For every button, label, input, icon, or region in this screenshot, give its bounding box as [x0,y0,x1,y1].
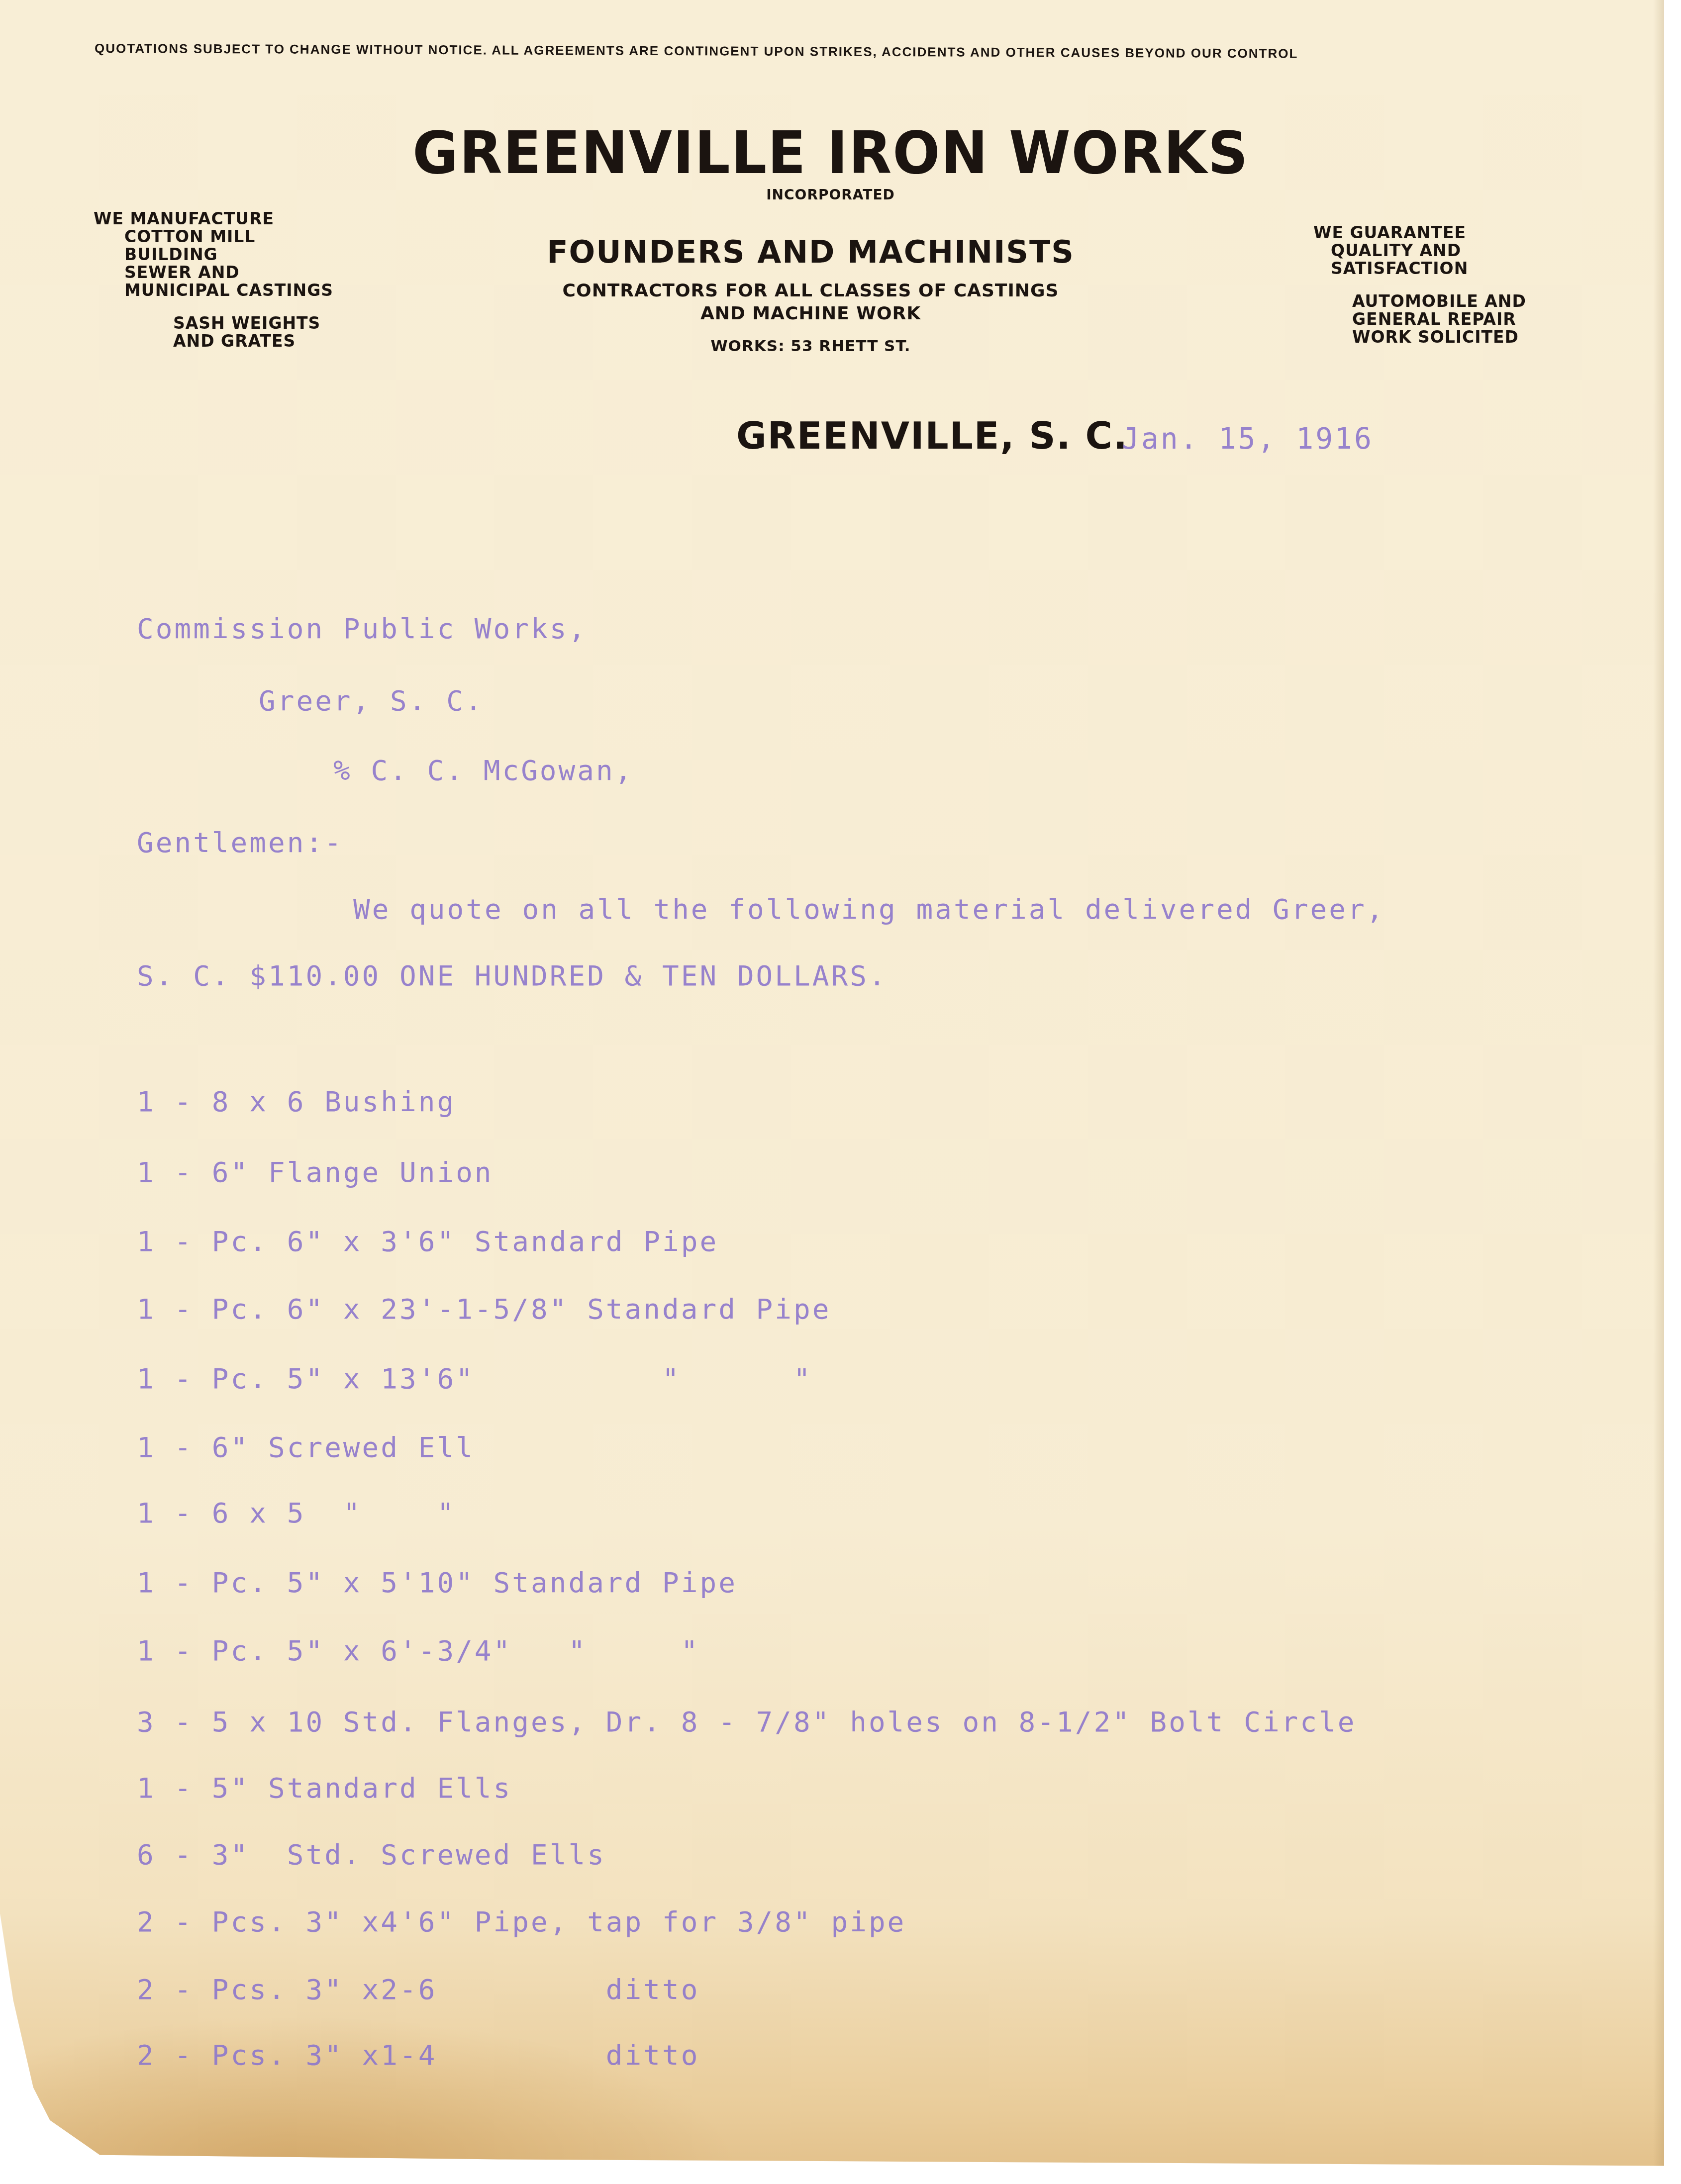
letter-date: Jan. 15, 1916 [1122,422,1374,456]
manufacture-heading: WE MANUFACTURE [94,210,333,228]
manufacture-item: SEWER AND [94,264,333,282]
paper-edge-shadow [1653,0,1664,2175]
guarantee-column: WE GUARANTEE QUALITY AND SATISFACTION AU… [1313,224,1526,346]
body-line-1: We quote on all the following material d… [353,893,1385,926]
address-line-3: % C. C. McGowan, [333,755,633,787]
repair-item: AUTOMOBILE AND [1313,292,1526,310]
body-line-2: S. C. $110.00 ONE HUNDRED & TEN DOLLARS. [137,960,888,992]
manufacture-item: BUILDING [94,246,333,264]
list-item: 1 - 6 x 5 " " [137,1497,456,1529]
manufacture-item: COTTON MILL [94,228,333,246]
list-item: 3 - 5 x 10 Std. Flanges, Dr. 8 - 7/8" ho… [137,1706,1356,1738]
list-item: 1 - 5" Standard Ells [137,1772,512,1804]
list-item: 2 - Pcs. 3" x2-6 ditto [137,1974,699,2006]
manufacture-extra: SASH WEIGHTS [94,314,333,332]
salutation: Gentlemen:- [137,827,343,859]
incorporated-label: INCORPORATED [0,187,1671,203]
address-line-2: Greer, S. C. [259,685,484,717]
company-name: GREENVILLE IRON WORKS [0,118,1681,187]
address-line-1: Commission Public Works, [137,613,587,645]
list-item: 1 - Pc. 5" x 13'6" " " [137,1363,812,1395]
guarantee-heading: WE GUARANTEE [1313,224,1526,242]
manufacture-extra: AND GRATES [94,332,333,350]
list-item: 1 - Pc. 6" x 23'-1-5/8" Standard Pipe [137,1293,831,1326]
list-item: 1 - 8 x 6 Bushing [137,1086,456,1118]
list-item: 1 - Pc. 6" x 3'6" Standard Pipe [137,1226,718,1258]
company-name-text: GREENVILLE IRON WORKS [412,118,1249,187]
list-item: 2 - Pcs. 3" x4'6" Pipe, tap for 3/8" pip… [137,1906,906,1938]
guarantee-item: QUALITY AND [1313,242,1526,260]
list-item: 6 - 3" Std. Screwed Ells [137,1839,606,1871]
place-line: GREENVILLE, S. C. [736,415,1128,458]
guarantee-item: SATISFACTION [1313,260,1526,278]
manufacture-column: WE MANUFACTURE COTTON MILL BUILDING SEWE… [94,210,333,350]
list-item: 1 - 6" Flange Union [137,1156,494,1189]
manufacture-item: MUNICIPAL CASTINGS [94,282,333,299]
list-item: 1 - Pc. 5" x 6'-3/4" " " [137,1635,699,1667]
repair-item: GENERAL REPAIR [1313,310,1526,328]
list-item: 2 - Pcs. 3" x1-4 ditto [137,2039,699,2072]
repair-item: WORK SOLICITED [1313,328,1526,346]
list-item: 1 - 6" Screwed Ell [137,1431,475,1464]
list-item: 1 - Pc. 5" x 5'10" Standard Pipe [137,1567,737,1599]
